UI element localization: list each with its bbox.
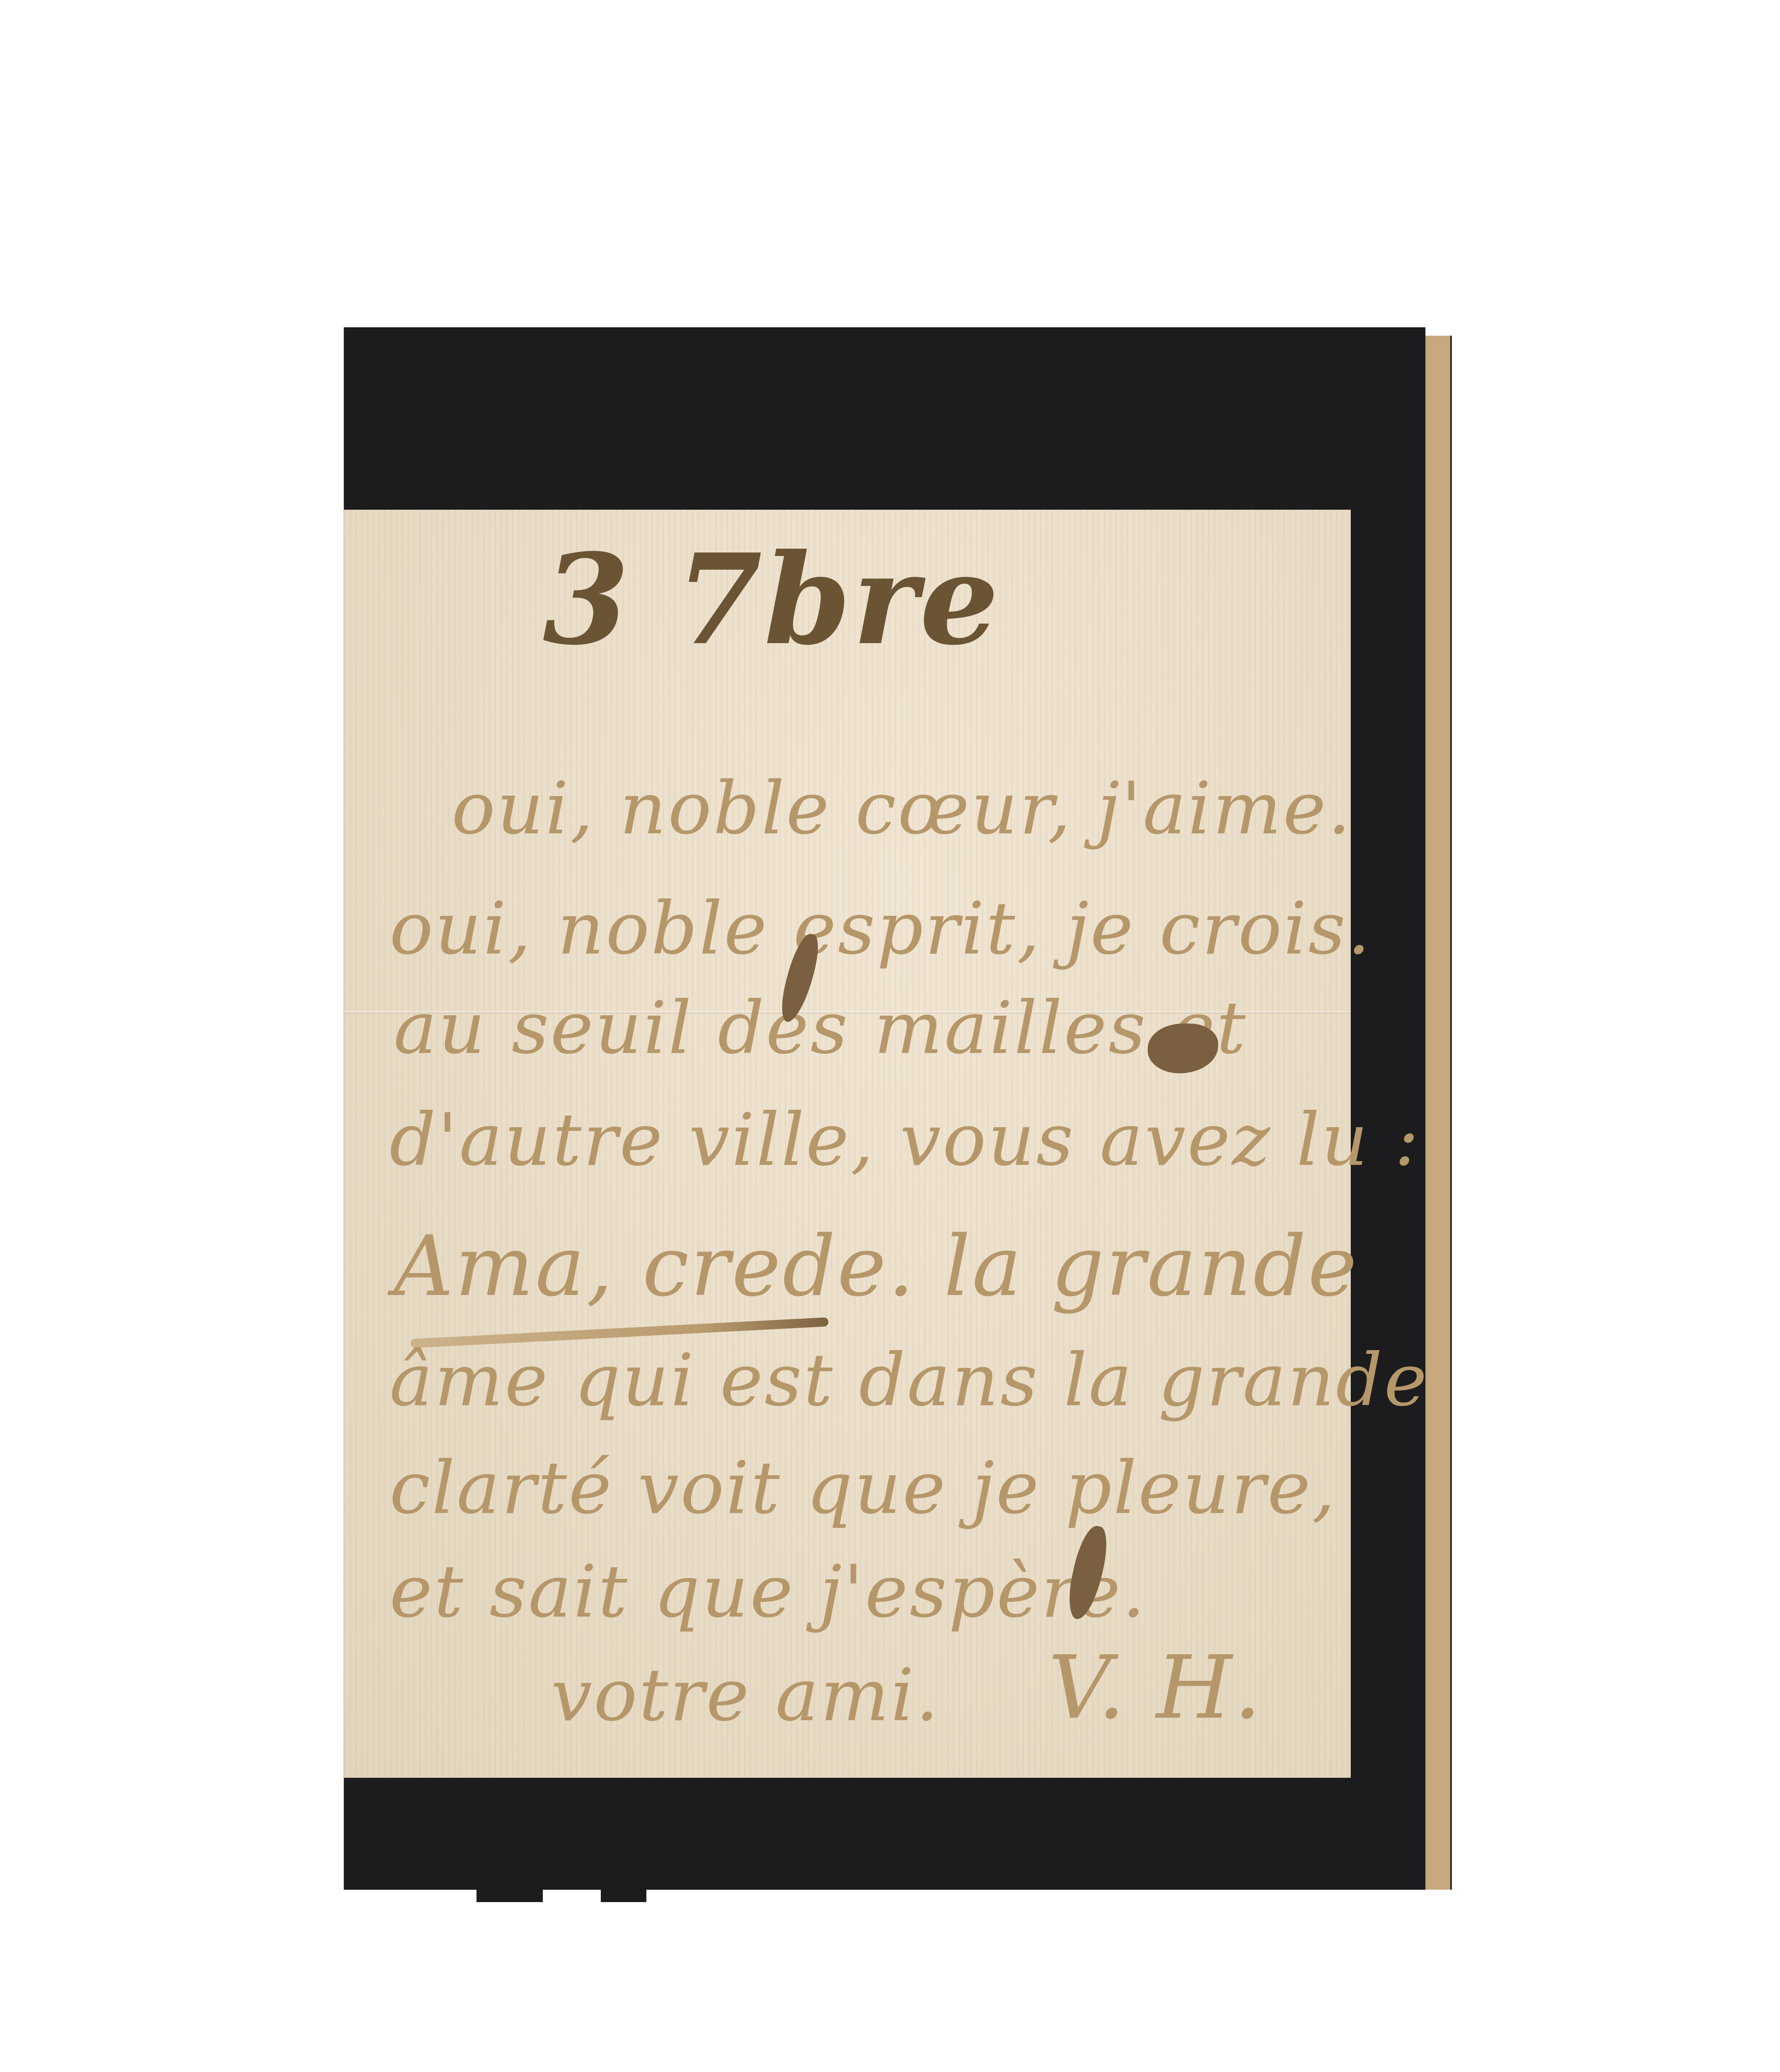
letter-line-5: Ama, crede. la grande (394, 1218, 1359, 1315)
letter-line-8: et sait que j'espère. (389, 1550, 1147, 1634)
letter-line-7: clarté voit que je pleure, (389, 1446, 1337, 1530)
letter-line-6: âme qui est dans la grande (389, 1339, 1429, 1423)
torn-edge (601, 1886, 646, 1902)
letter-paper: 3 7bre oui, noble cœur, j'aime. oui, nob… (344, 510, 1351, 1778)
letter-line-3: au seuil des mailles et (394, 986, 1247, 1070)
letter-line-4: d'autre ville, vous avez lu : (389, 1098, 1420, 1182)
torn-edge (476, 1886, 543, 1902)
signature: V. H. (1048, 1637, 1263, 1738)
closing: votre ami. (551, 1653, 940, 1738)
letter-line-1: oui, noble cœur, j'aime. (452, 767, 1352, 851)
date-mark: 3 7bre (543, 526, 1001, 673)
mourning-letter: 3 7bre oui, noble cœur, j'aime. oui, nob… (344, 327, 1425, 1890)
letter-line-2: oui, noble esprit, je crois. (389, 887, 1372, 971)
